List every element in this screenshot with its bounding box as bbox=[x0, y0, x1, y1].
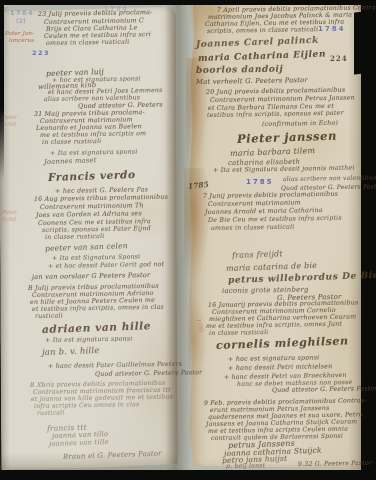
handwritten-line: jan b. v. hille bbox=[42, 346, 100, 358]
handwritten-line: in classe rusticali bbox=[45, 233, 105, 241]
manuscript-scan: 1784 (2) Pater Jan- lancerus 223 1784 Pa… bbox=[0, 0, 376, 480]
handwritten-line: frans freijdt bbox=[232, 249, 283, 260]
archive-year-stamp: 1785 bbox=[246, 178, 273, 186]
margin-note-red: Pater bbox=[2, 115, 17, 121]
handwritten-line: 9.32 G. Peeters Pastor bbox=[298, 460, 372, 468]
scan-border-bottom bbox=[0, 470, 376, 480]
scan-border-wedge bbox=[354, 11, 364, 74]
handwritten-line: rusticali bbox=[37, 410, 65, 417]
handwritten-line: + hoc est signatura sponsi bbox=[228, 353, 320, 363]
margin-note-red: Pater Jan- bbox=[5, 31, 34, 37]
handwritten-line: rusticali bbox=[35, 313, 63, 320]
handwritten-line: p. beij lonst bbox=[226, 462, 265, 470]
margin-number-note: (2) bbox=[16, 18, 26, 25]
entry-name-heading: boorlos dandoij bbox=[196, 64, 283, 76]
margin-note-red: Pater bbox=[2, 210, 17, 216]
scan-border-left bbox=[0, 0, 4, 180]
handwritten-line: in classe rusticali bbox=[42, 138, 102, 146]
handwritten-line: (confirmatum in Echo) bbox=[262, 120, 338, 128]
archive-year-stamp: 1784 bbox=[318, 25, 345, 33]
handwritten-line: omnes in classe rusticali bbox=[211, 224, 295, 232]
margin-note-red: Schil bbox=[2, 217, 16, 223]
page-gutter-shadow bbox=[165, 0, 199, 480]
page-number-ink: 224 bbox=[330, 54, 348, 63]
page-number-stamp-left: 223 bbox=[32, 49, 50, 57]
margin-note-red: Schil bbox=[2, 122, 16, 128]
margin-note-red: lancerus bbox=[9, 38, 34, 44]
handwritten-line: in classe rusticali bbox=[209, 329, 269, 337]
archive-year-stamp: 1784 bbox=[10, 9, 34, 17]
handwritten-line: omnes in classe rusticali bbox=[46, 39, 130, 47]
